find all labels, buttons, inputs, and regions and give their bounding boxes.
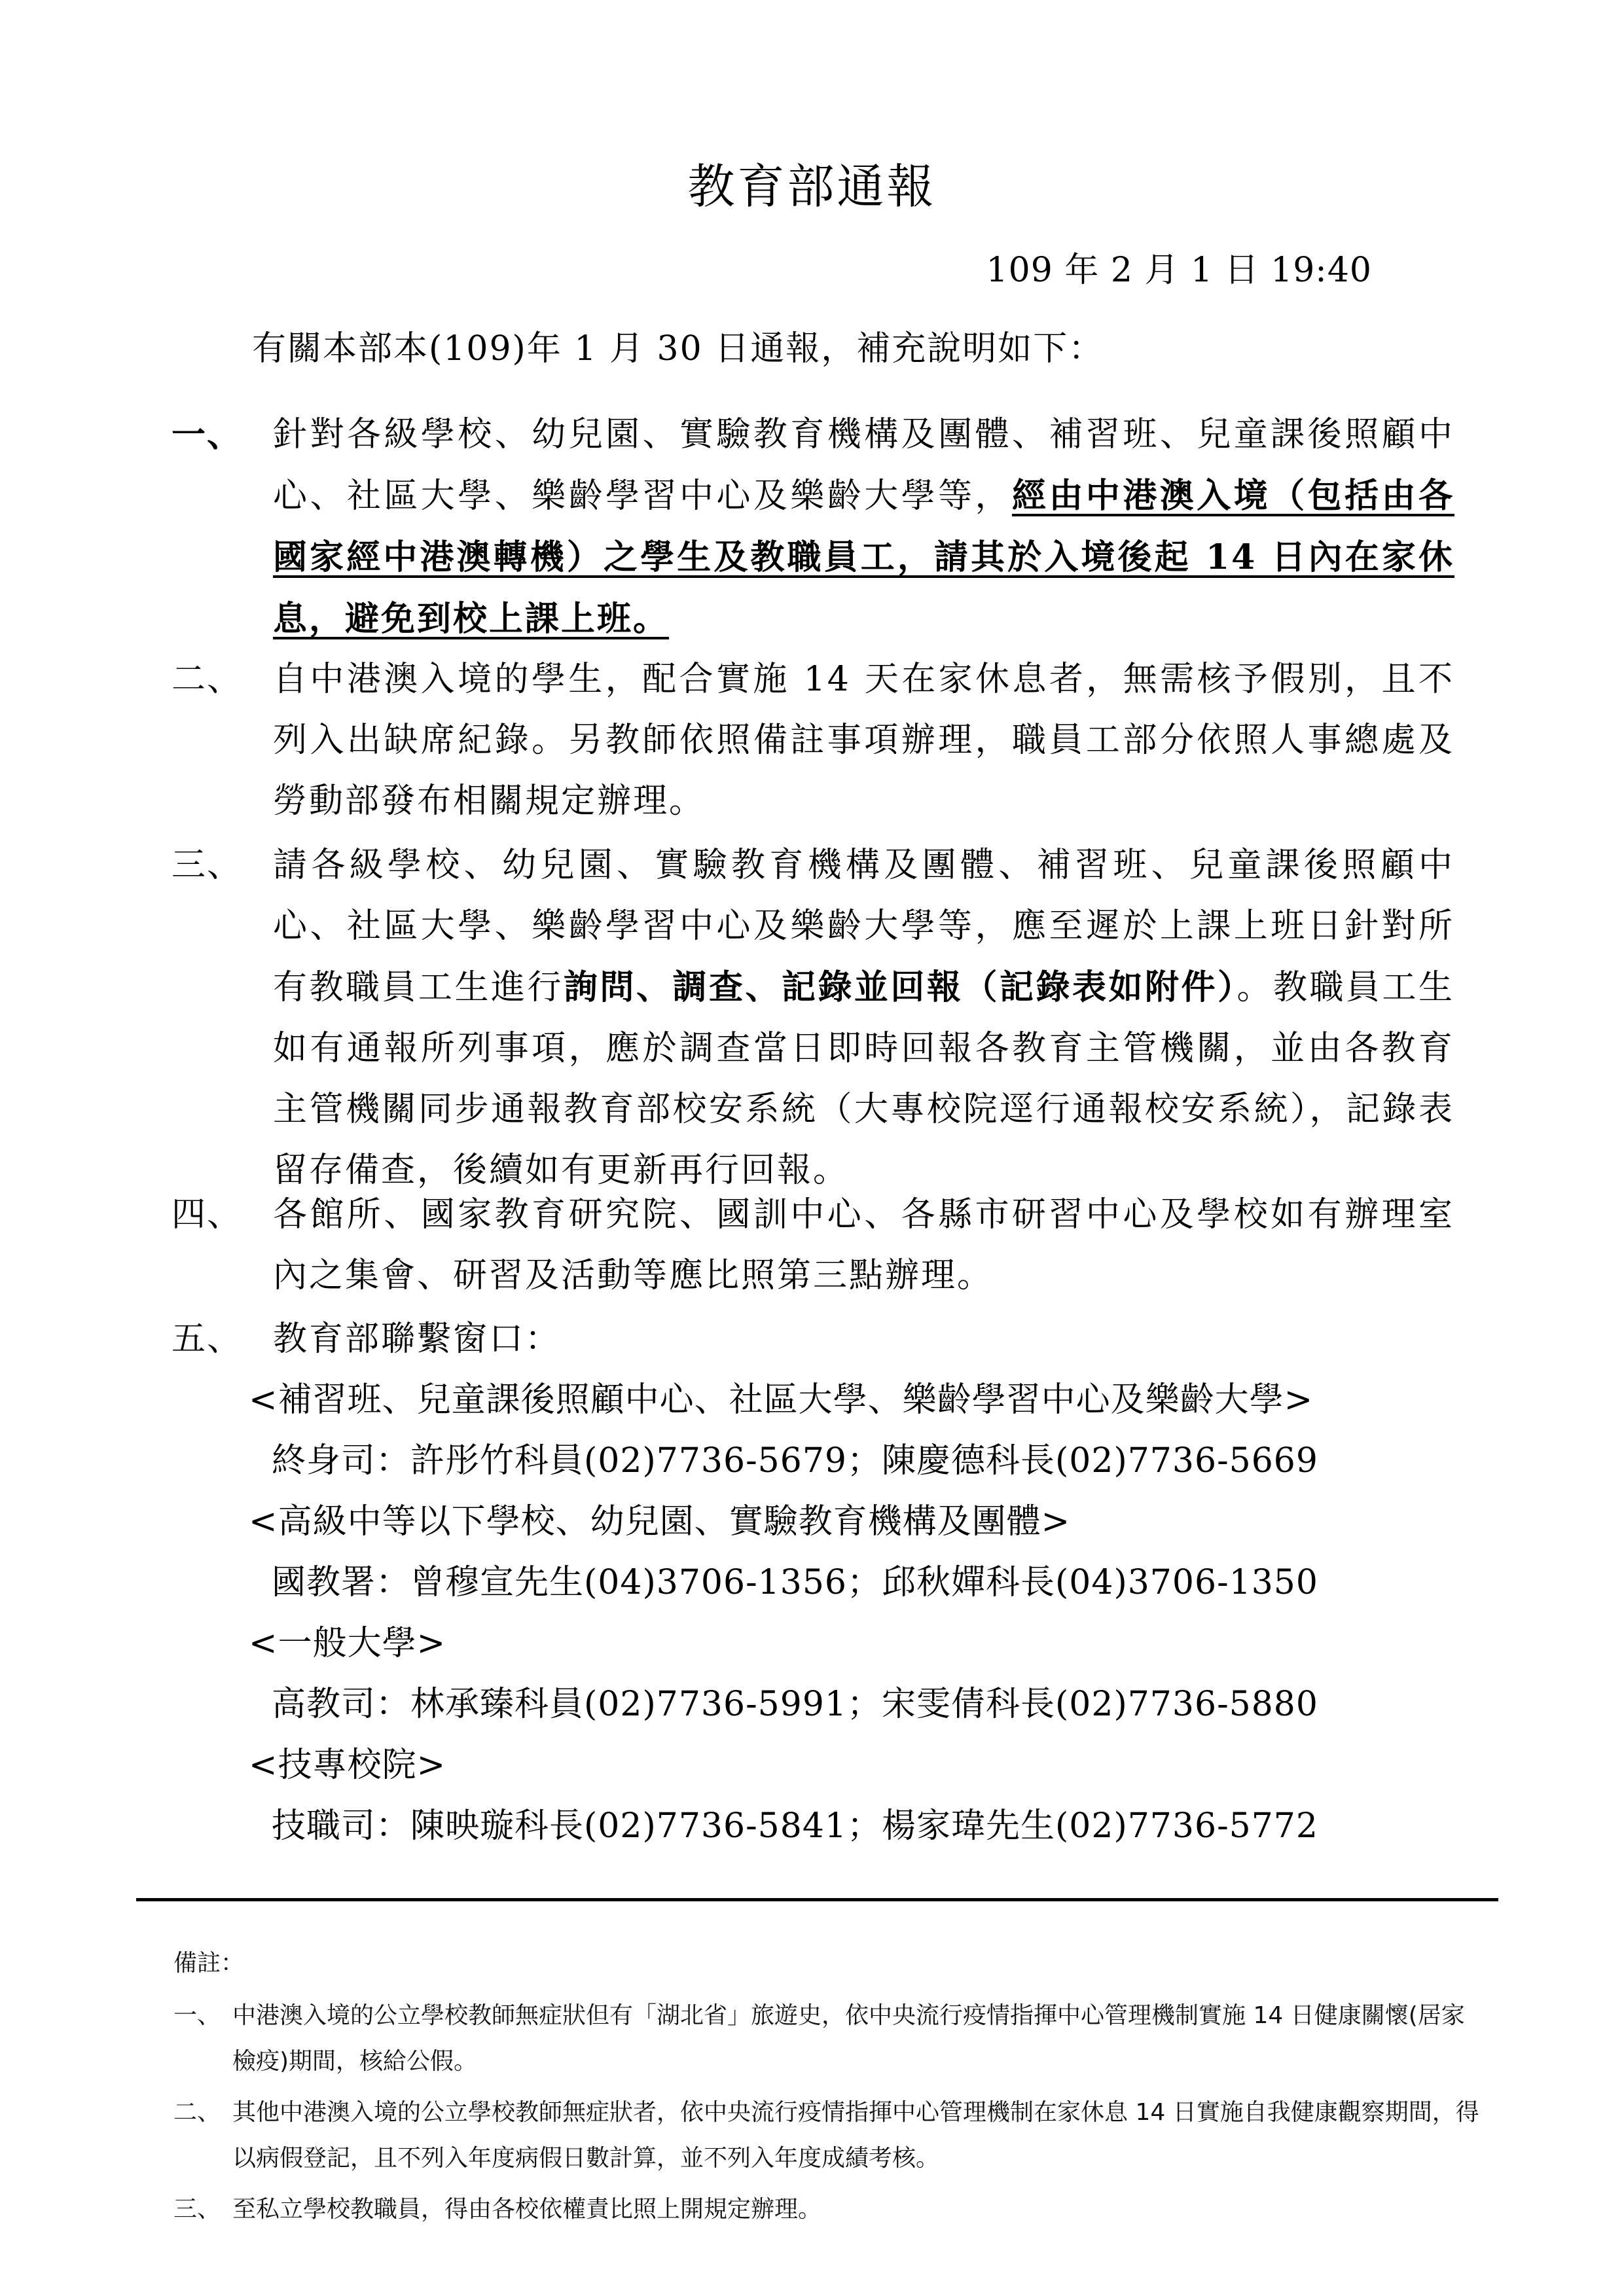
contact-category-3: <一般大學>: [249, 1613, 446, 1674]
item-body: 自中港澳入境的學生，配合實施 14 天在家休息者，無需核予假別，且不列入出缺席紀…: [273, 649, 1454, 832]
document-page: 教育部通報 109 年 2 月 1 日 19:40 有關本部本(109)年 1 …: [0, 0, 1624, 2296]
item-body: 各館所、國家教育研究院、國訓中心、各縣市研習中心及學校如有辦理室內之集會、研習及…: [273, 1185, 1454, 1306]
item-marker: 三、: [171, 835, 242, 896]
item-body: 請各級學校、幼兒園、實驗教育機構及團體、補習班、兒童課後照顧中心、社區大學、樂齡…: [273, 835, 1454, 1201]
document-title: 教育部通報: [0, 154, 1624, 219]
footnote-marker: 一、: [173, 1993, 221, 2039]
footnote-item-3: 三、 至私立學校教職員，得由各校依權責比照上開規定辦理。: [173, 2187, 1483, 2233]
contact-category-1: <補習班、兒童課後照顧中心、社區大學、樂齡學習中心及樂齡大學>: [249, 1370, 1313, 1431]
item-bold-text: 詢問、調查、記錄並回報（記錄表如附件）: [564, 967, 1236, 1007]
footnote-marker: 三、: [173, 2187, 221, 2233]
contact-category-2: <高級中等以下學校、幼兒園、實驗教育機構及團體>: [249, 1492, 1070, 1552]
list-item-1: 一、 針對各級學校、幼兒園、實驗教育機構及團體、補習班、兒童課後照顧中心、社區大…: [171, 404, 1454, 650]
footnote-divider: [136, 1898, 1498, 1901]
footnote-item-2: 二、 其他中港澳入境的公立學校教師無症狀者，依中央流行疫情指揮中心管理機制在家休…: [173, 2090, 1483, 2181]
contact-line-2: 國教署：曾穆宣先生(04)3706-1356；邱秋嬋科長(04)3706-135…: [272, 1552, 1318, 1613]
item-marker: 二、: [171, 649, 242, 710]
list-item-4: 四、 各館所、國家教育研究院、國訓中心、各縣市研習中心及學校如有辦理室內之集會、…: [171, 1185, 1454, 1306]
intro-paragraph: 有關本部本(109)年 1 月 30 日通報，補充說明如下：: [252, 326, 1104, 372]
contact-line-3: 高教司：林承臻科員(02)7736-5991；宋雯倩科長(02)7736-588…: [272, 1674, 1318, 1735]
footnote-marker: 二、: [173, 2090, 221, 2136]
item-marker: 五、: [171, 1309, 242, 1370]
list-item-3: 三、 請各級學校、幼兒園、實驗教育機構及團體、補習班、兒童課後照顧中心、社區大學…: [171, 835, 1454, 1201]
contact-line-1: 終身司：許彤竹科員(02)7736-5679；陳慶德科長(02)7736-566…: [272, 1431, 1318, 1492]
footnote-text: 至私立學校教職員，得由各校依權責比照上開規定辦理。: [232, 2196, 821, 2223]
item-marker: 一、: [171, 404, 242, 465]
footnote-item-1: 一、 中港澳入境的公立學校教師無症狀但有「湖北省」旅遊史，依中央流行疫情指揮中心…: [173, 1993, 1483, 2085]
item-body: 針對各級學校、幼兒園、實驗教育機構及團體、補習班、兒童課後照顧中心、社區大學、樂…: [273, 404, 1454, 650]
footnote-text: 中港澳入境的公立學校教師無症狀但有「湖北省」旅遊史，依中央流行疫情指揮中心管理機…: [232, 2002, 1465, 2075]
list-item-5: 五、 教育部聯繫窗口：: [171, 1309, 1454, 1370]
footnotes: 備註： 一、 中港澳入境的公立學校教師無症狀但有「湖北省」旅遊史，依中央流行疫情…: [173, 1941, 1483, 2238]
item-marker: 四、: [171, 1185, 242, 1246]
contact-category-4: <技專校院>: [249, 1735, 446, 1796]
footnote-text: 其他中港澳入境的公立學校教師無症狀者，依中央流行疫情指揮中心管理機制在家休息 1…: [232, 2099, 1479, 2172]
issue-date: 109 年 2 月 1 日 19:40: [986, 247, 1372, 293]
footnotes-heading: 備註：: [173, 1941, 1483, 1986]
contact-line-4: 技職司：陳映璇科長(02)7736-5841；楊家瑋先生(02)7736-577…: [272, 1796, 1318, 1857]
list-item-2: 二、 自中港澳入境的學生，配合實施 14 天在家休息者，無需核予假別，且不列入出…: [171, 649, 1454, 832]
item-body: 教育部聯繫窗口：: [273, 1309, 1454, 1370]
